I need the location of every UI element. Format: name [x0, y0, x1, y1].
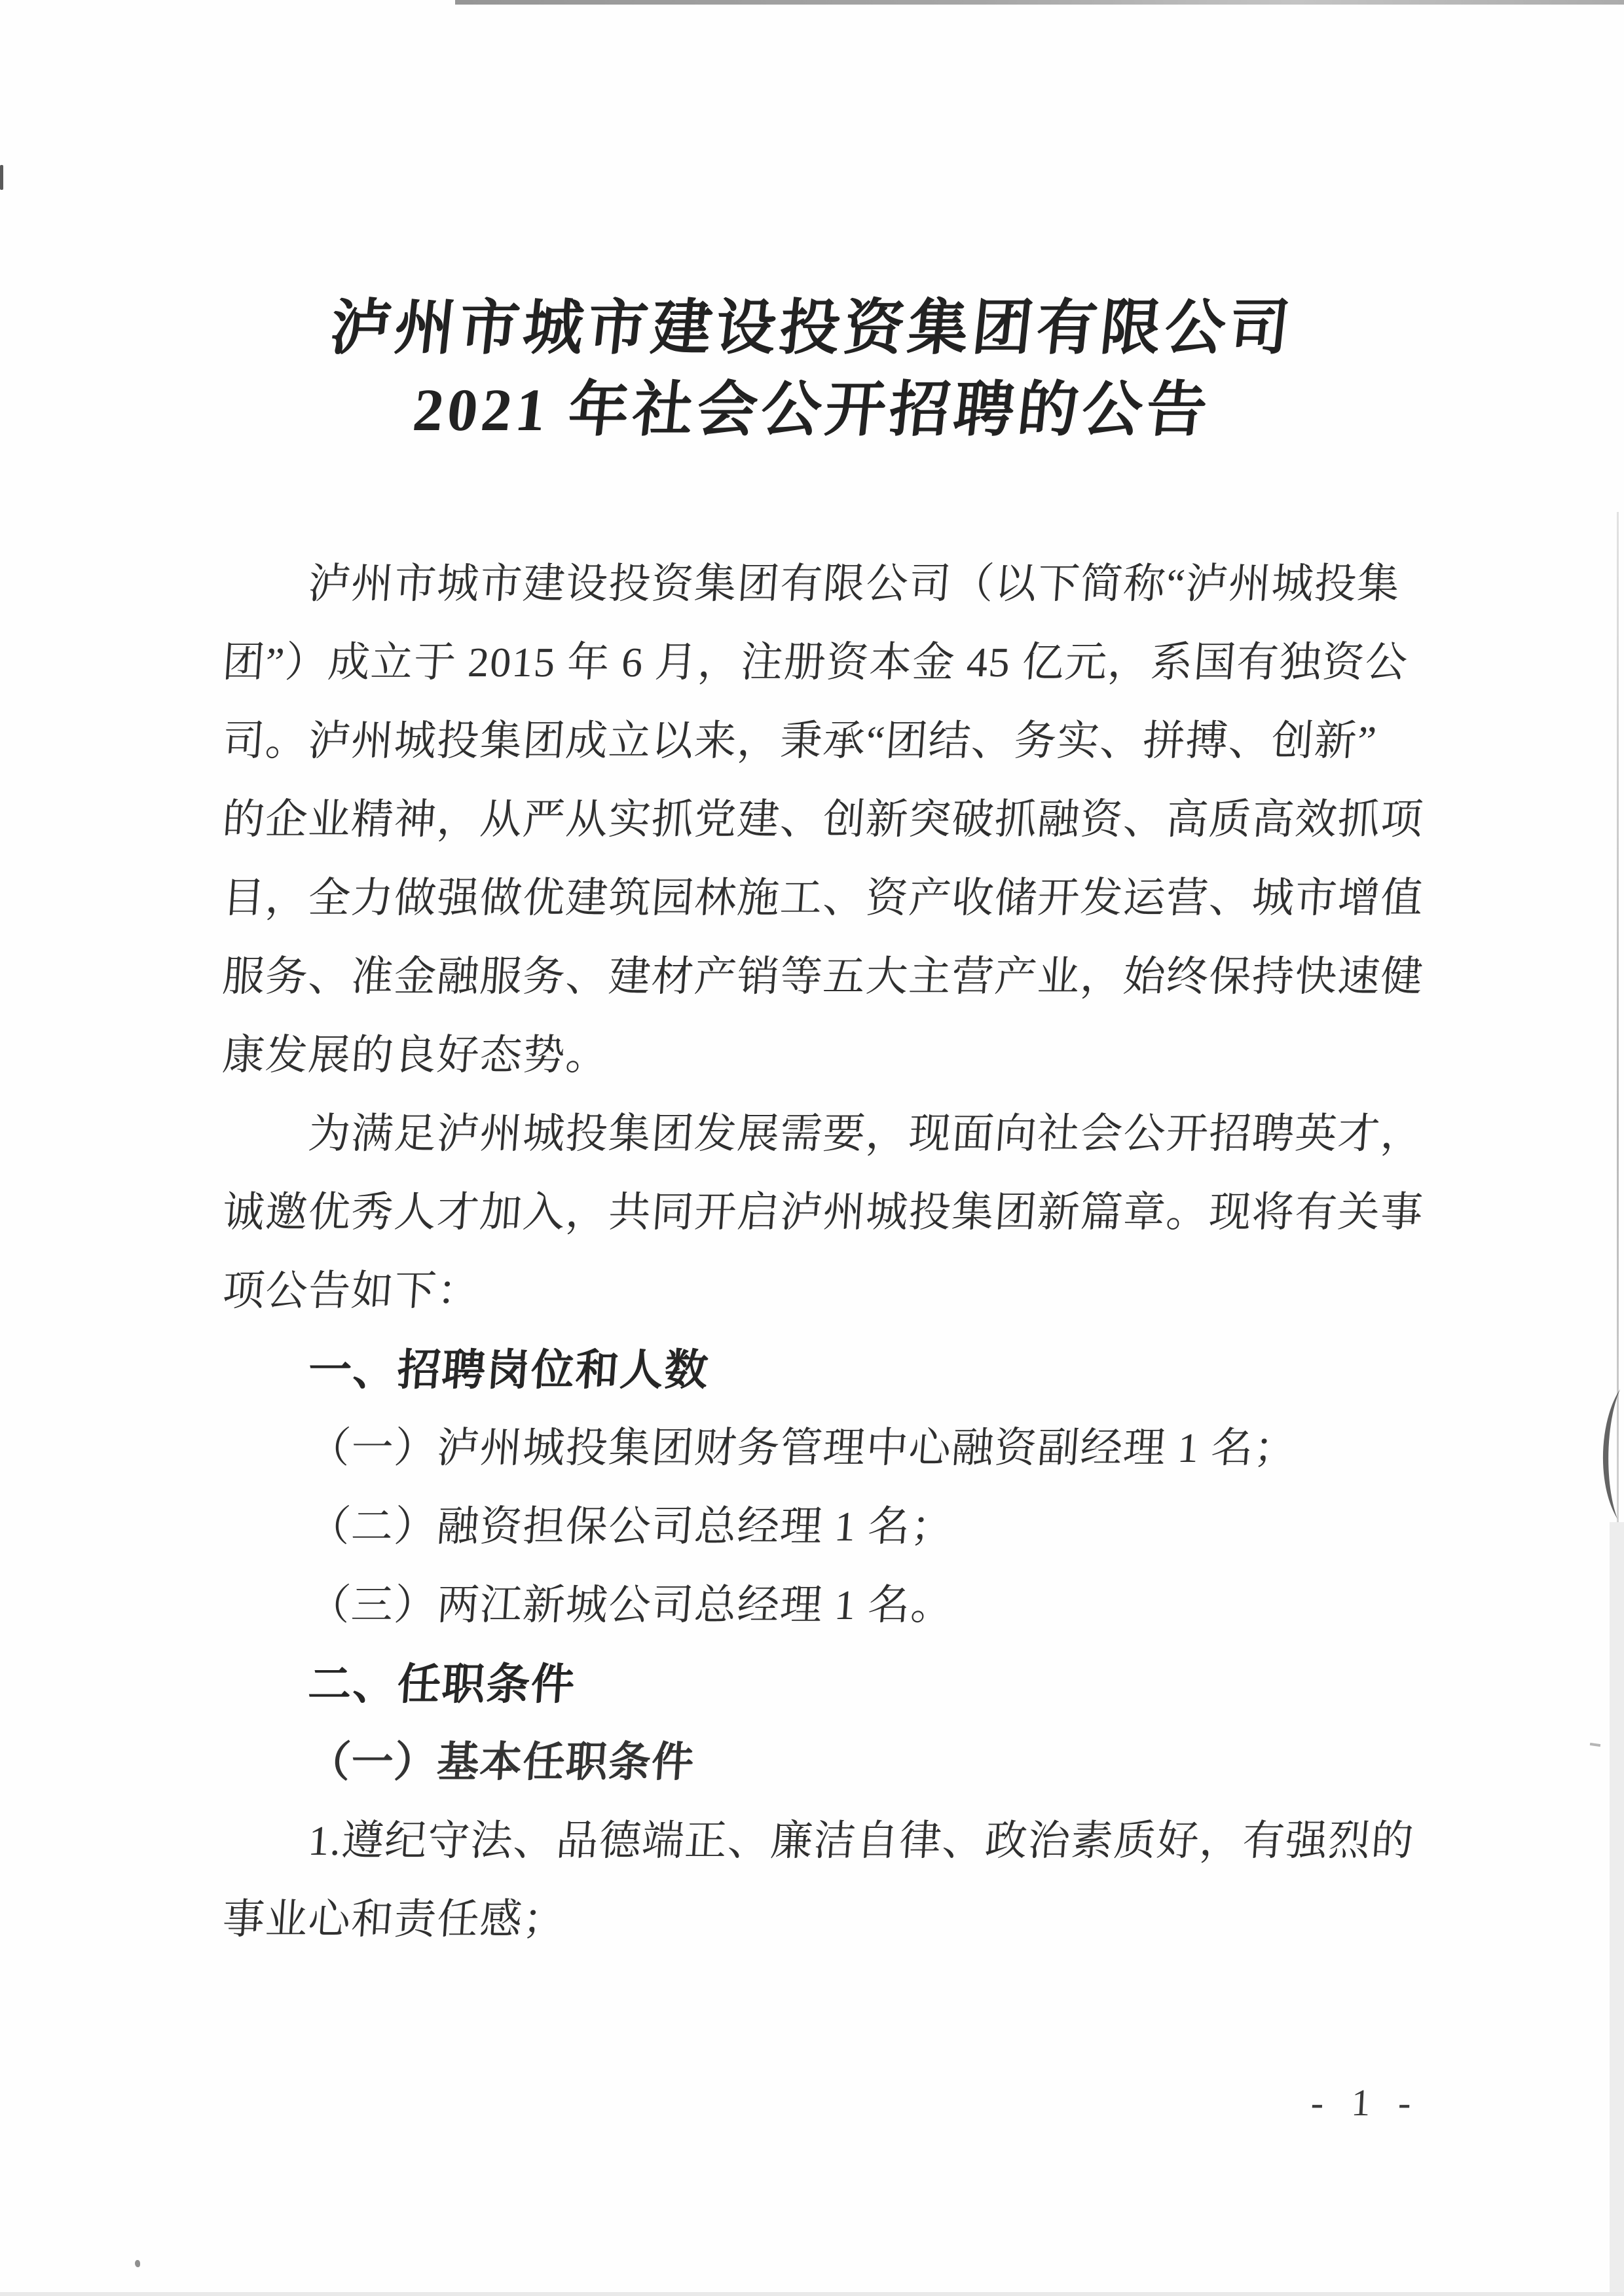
text-line: 1.遵纪守法、品德端正、廉洁自律、政治素质好，有强烈的	[220, 1802, 1433, 1880]
text-line: 的企业精神，从严从实抓党建、创新突破抓融资、高质高效抓项	[220, 780, 1433, 859]
scan-crescent-artifact	[1590, 1387, 1624, 1521]
scan-dash-mark	[1590, 1743, 1600, 1747]
text-line: 目，全力做强做优建筑园林施工、资产收储开发运营、城市增值	[220, 859, 1433, 938]
scanned-document-page: 泸州市城市建设投资集团有限公司 2021 年社会公开招聘的公告 泸州市城市建设投…	[0, 0, 1624, 2296]
scan-bottom-edge-band	[0, 2292, 1624, 2296]
text-line: （二）融资担保公司总经理 1 名；	[220, 1487, 1433, 1566]
title-line-2: 2021 年社会公开招聘的公告	[0, 369, 1624, 451]
text-line: 事业心和责任感；	[220, 1880, 1433, 1959]
title-line-1: 泸州市城市建设投资集团有限公司	[0, 287, 1624, 369]
text-line: 一、招聘岗位和人数	[220, 1330, 1433, 1409]
scan-top-edge-band	[455, 0, 1624, 5]
text-line: 诚邀优秀人才加入，共同开启泸州城投集团新篇章。现将有关事	[220, 1173, 1433, 1252]
document-body: 泸州市城市建设投资集团有限公司（以下简称“泸州城投集团”）成立于 2015 年 …	[223, 545, 1431, 1959]
text-line: 司。泸州城投集团成立以来，秉承“团结、务实、拼搏、创新”	[220, 702, 1433, 780]
text-line: 二、任职条件	[220, 1645, 1433, 1723]
scan-left-edge-mark	[0, 165, 3, 190]
text-line: （三）两江新城公司总经理 1 名。	[220, 1566, 1433, 1645]
text-line: 为满足泸州城投集团发展需要，现面向社会公开招聘英才，	[220, 1095, 1433, 1173]
text-line: （一）基本任职条件	[220, 1723, 1433, 1802]
page-number: - 1 -	[1310, 2081, 1421, 2124]
scan-right-edge-shadow	[1610, 1522, 1624, 2296]
document-title: 泸州市城市建设投资集团有限公司 2021 年社会公开招聘的公告	[0, 287, 1624, 451]
text-line: 团”）成立于 2015 年 6 月，注册资本金 45 亿元，系国有独资公	[220, 623, 1433, 702]
text-line: 服务、准金融服务、建材产销等五大主营产业，始终保持快速健	[220, 938, 1433, 1016]
text-line: 康发展的良好态势。	[220, 1016, 1433, 1095]
text-line: 泸州市城市建设投资集团有限公司（以下简称“泸州城投集	[220, 545, 1433, 623]
scan-speck	[135, 2260, 140, 2267]
text-line: 项公告如下：	[220, 1252, 1433, 1330]
text-line: （一）泸州城投集团财务管理中心融资副经理 1 名；	[220, 1409, 1433, 1487]
